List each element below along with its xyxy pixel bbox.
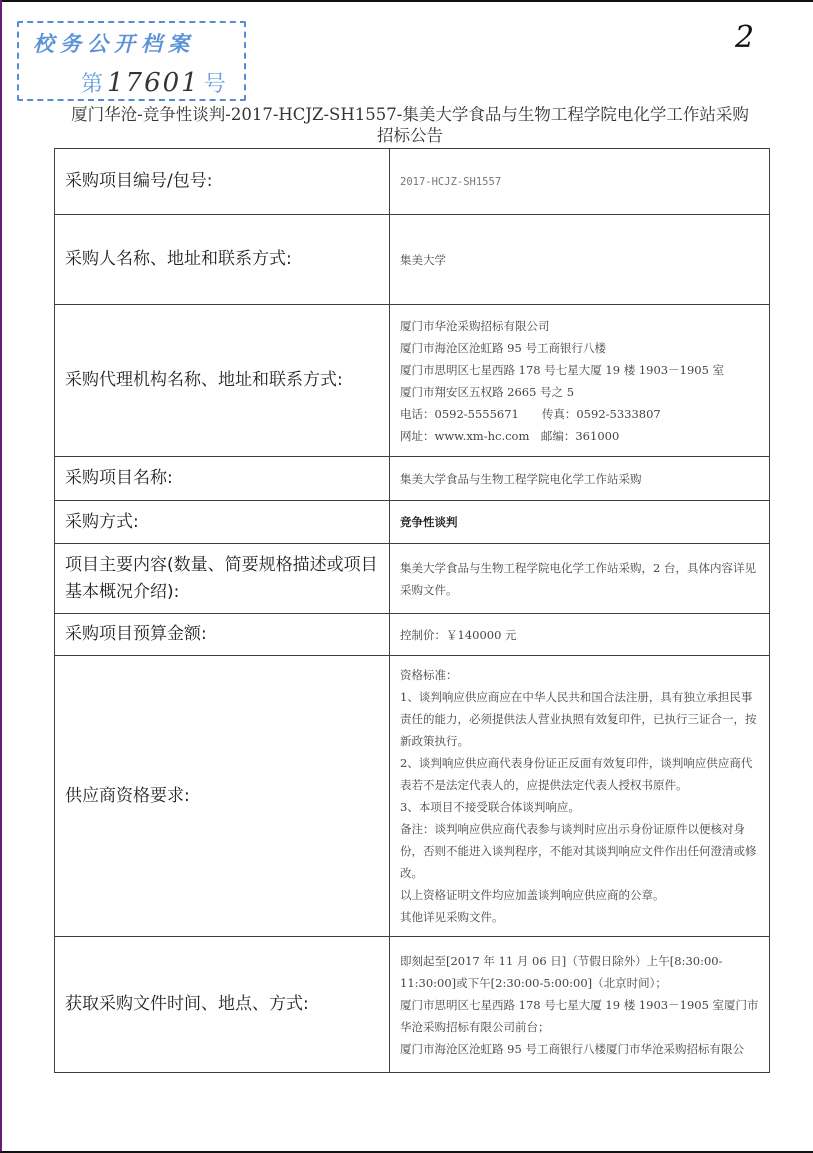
- row-value: 资格标准： 1、谈判响应供应商应在中华人民共和国合法注册，具有独立承担民事责任的…: [390, 656, 770, 937]
- value-line: 厦门市海沧区沧虹路 95 号工商银行八楼厦门市华沧采购招标有限公: [400, 1038, 761, 1060]
- value-line: 电话：0592-5555671 传真：0592-5333807: [400, 403, 761, 425]
- row-value: 即刻起至[2017 年 11 月 06 日]（节假日除外）上午[8:30:00-…: [390, 937, 770, 1073]
- row-label: 采购项目预算金额:: [55, 614, 390, 656]
- value-line: 其他详见采购文件。: [400, 906, 761, 928]
- stamp-number-suffix: 号: [204, 72, 226, 97]
- value-line: 厦门市思明区七星西路 178 号七星大厦 19 楼 1903－1905 室厦门市…: [400, 994, 761, 1038]
- notice-table: 采购项目编号/包号: 2017-HCJZ-SH1557 采购人名称、地址和联系方…: [54, 148, 770, 1073]
- table-row-agency: 采购代理机构名称、地址和联系方式: 厦门市华沧采购招标有限公司 厦门市海沧区沧虹…: [55, 305, 770, 457]
- document-title-line1: 厦门华沧-竞争性谈判-2017-HCJZ-SH1557-集美大学食品与生物工程学…: [40, 104, 780, 125]
- table-row-purchaser: 采购人名称、地址和联系方式: 集美大学: [55, 215, 770, 305]
- row-value: 集美大学: [390, 215, 770, 305]
- table-row-supplier-qualification: 供应商资格要求: 资格标准： 1、谈判响应供应商应在中华人民共和国合法注册，具有…: [55, 656, 770, 937]
- table-row-project-number: 采购项目编号/包号: 2017-HCJZ-SH1557: [55, 149, 770, 215]
- row-label: 采购项目编号/包号:: [55, 149, 390, 215]
- value-line: 集美大学食品与生物工程学院电化学工作站采购: [400, 468, 761, 490]
- stamp-title: 校务公开档案: [33, 28, 195, 58]
- document-title: 厦门华沧-竞争性谈判-2017-HCJZ-SH1557-集美大学食品与生物工程学…: [40, 104, 780, 146]
- row-label: 采购方式:: [55, 501, 390, 544]
- value-line: 资格标准：: [400, 664, 761, 686]
- row-value: 2017-HCJZ-SH1557: [390, 149, 770, 215]
- row-label: 采购项目名称:: [55, 457, 390, 501]
- value-line: 厦门市海沧区沧虹路 95 号工商银行八楼: [400, 337, 761, 359]
- value-line: 竞争性谈判: [400, 511, 761, 533]
- stamp-number-line: 第17601号: [81, 67, 226, 98]
- value-line: 网址：www.xm-hc.com 邮编：361000: [400, 425, 761, 447]
- value-line: 厦门市思明区七星西路 178 号七星大厦 19 楼 1903－1905 室: [400, 359, 761, 381]
- table-row-method: 采购方式: 竞争性谈判: [55, 501, 770, 544]
- row-value: 集美大学食品与生物工程学院电化学工作站采购，2 台，具体内容详见采购文件。: [390, 544, 770, 614]
- value-line: 2、谈判响应供应商代表身份证正反面有效复印件，谈判响应供应商代表若不是法定代表人…: [400, 752, 761, 796]
- row-label: 采购代理机构名称、地址和联系方式:: [55, 305, 390, 457]
- value-line: 备注：谈判响应供应商代表参与谈判时应出示身份证原件以便核对身份，否则不能进入谈判…: [400, 818, 761, 884]
- table-row-document-acquisition: 获取采购文件时间、地点、方式: 即刻起至[2017 年 11 月 06 日]（节…: [55, 937, 770, 1073]
- table-row-project-name: 采购项目名称: 集美大学食品与生物工程学院电化学工作站采购: [55, 457, 770, 501]
- row-label: 采购人名称、地址和联系方式:: [55, 215, 390, 305]
- value-line: 1、谈判响应供应商应在中华人民共和国合法注册，具有独立承担民事责任的能力，必须提…: [400, 686, 761, 752]
- page-top-border: [0, 0, 813, 2]
- row-value: 厦门市华沧采购招标有限公司 厦门市海沧区沧虹路 95 号工商银行八楼 厦门市思明…: [390, 305, 770, 457]
- value-line: 厦门市华沧采购招标有限公司: [400, 315, 761, 337]
- row-label: 获取采购文件时间、地点、方式:: [55, 937, 390, 1073]
- value-line: 控制价：￥140000 元: [400, 624, 761, 646]
- page-left-edge: [0, 0, 2, 1153]
- value-line: 2017-HCJZ-SH1557: [400, 171, 761, 193]
- stamp-number-prefix: 第: [81, 72, 103, 97]
- row-label: 项目主要内容(数量、简要规格描述或项目基本概况介绍):: [55, 544, 390, 614]
- value-line: 厦门市翔安区五权路 2665 号之 5: [400, 381, 761, 403]
- value-line: 3、本项目不接受联合体谈判响应。: [400, 796, 761, 818]
- document-title-line2: 招标公告: [40, 125, 780, 146]
- table-row-budget: 采购项目预算金额: 控制价：￥140000 元: [55, 614, 770, 656]
- value-line: 集美大学食品与生物工程学院电化学工作站采购，2 台，具体内容详见采购文件。: [400, 557, 761, 601]
- value-line: 即刻起至[2017 年 11 月 06 日]（节假日除外）上午[8:30:00-…: [400, 950, 761, 994]
- value-line: 以上资格证明文件均应加盖谈判响应供应商的公章。: [400, 884, 761, 906]
- row-value: 控制价：￥140000 元: [390, 614, 770, 656]
- value-line: 集美大学: [400, 249, 761, 271]
- row-value: 竞争性谈判: [390, 501, 770, 544]
- handwritten-page-mark: 2: [735, 20, 754, 55]
- row-value: 集美大学食品与生物工程学院电化学工作站采购: [390, 457, 770, 501]
- row-label: 供应商资格要求:: [55, 656, 390, 937]
- table-row-main-content: 项目主要内容(数量、简要规格描述或项目基本概况介绍): 集美大学食品与生物工程学…: [55, 544, 770, 614]
- stamp-number: 17601: [107, 68, 200, 98]
- archive-stamp: 校务公开档案 第17601号: [17, 21, 246, 101]
